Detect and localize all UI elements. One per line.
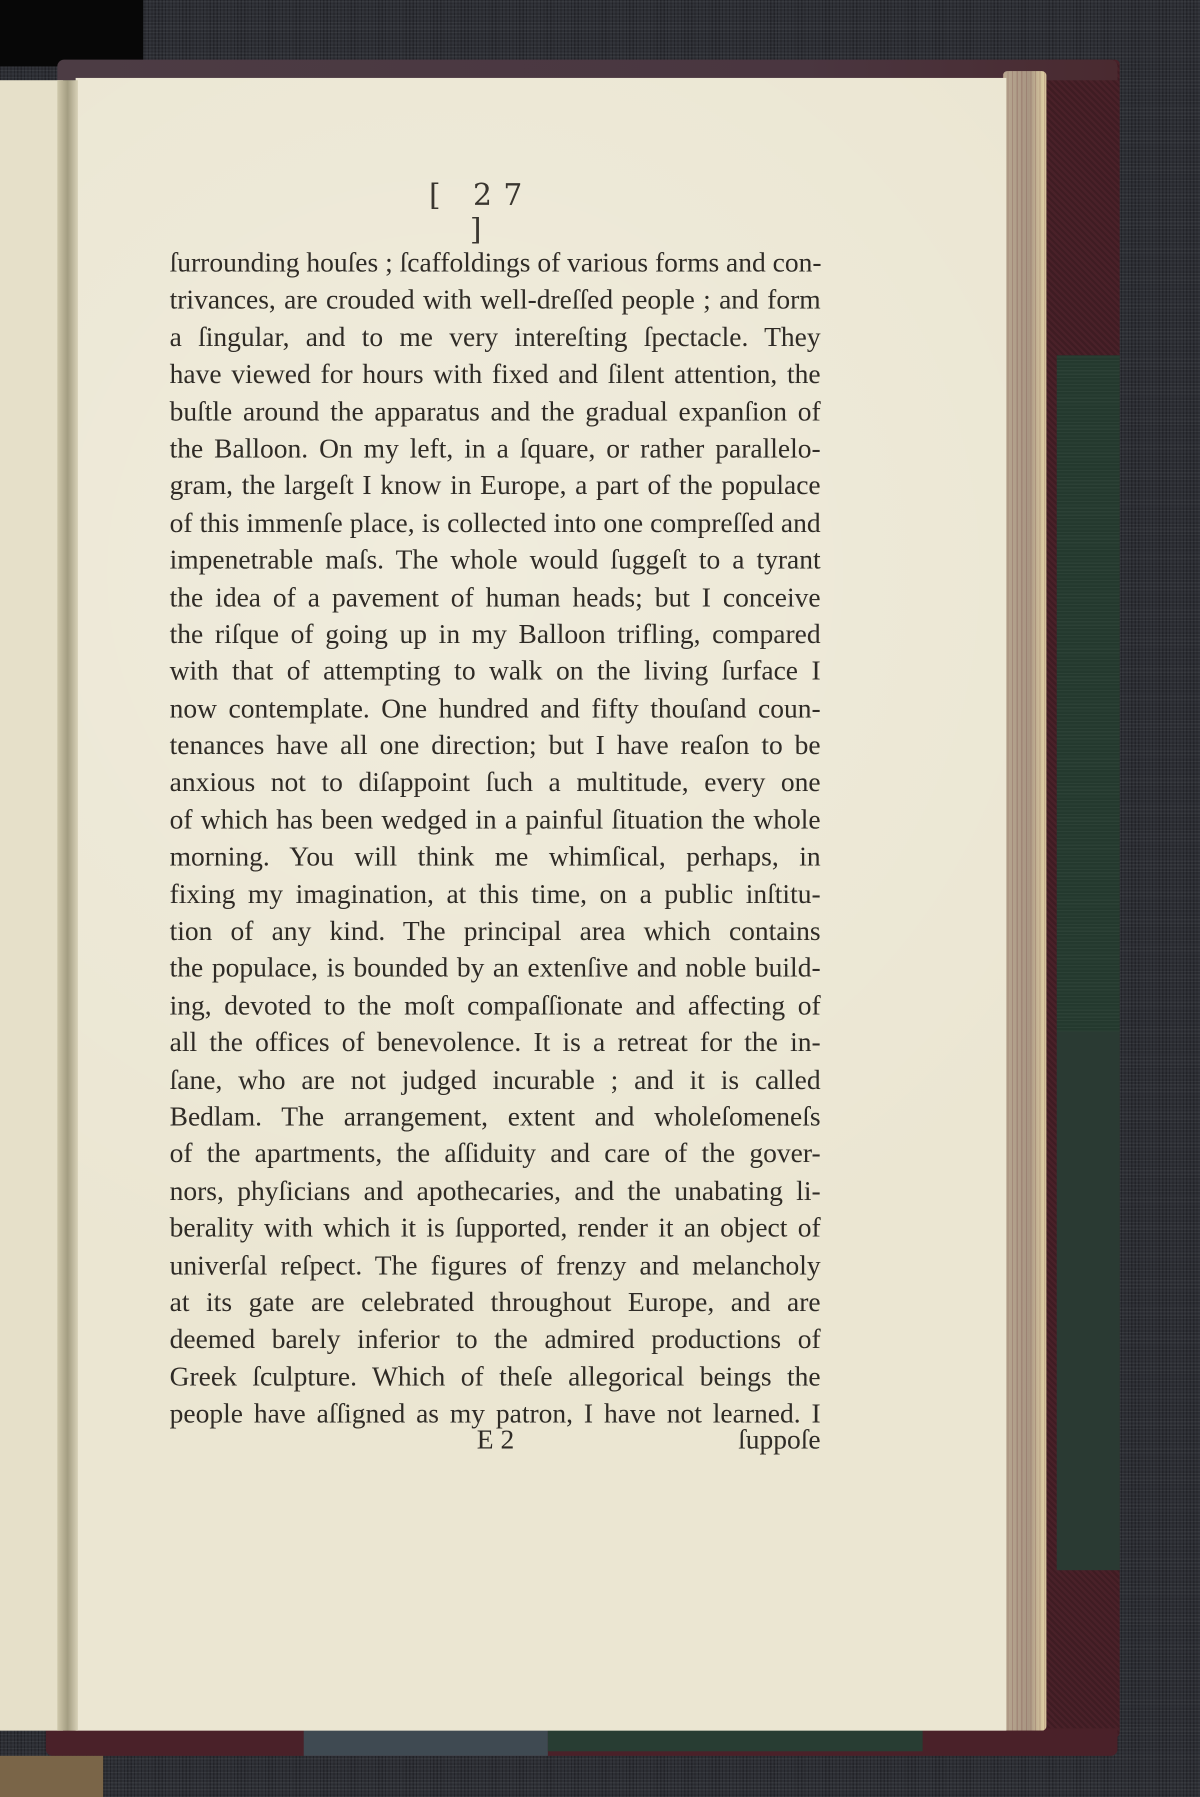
text-line: ſane, who are not judged incurable ; and…	[170, 1062, 821, 1099]
text-line: the populace, is bounded by an extenſive…	[170, 951, 821, 988]
text-line: all the offices of benevolence. It is a …	[170, 1025, 821, 1062]
text-line: Bedlam. The arrangement, extent and whol…	[170, 1099, 821, 1136]
catchword: ſuppoſe	[738, 1426, 821, 1457]
left-page	[0, 80, 63, 1730]
text-line: gram, the largeſt I know in Europe, a pa…	[170, 468, 821, 505]
text-line: the idea of a pavement of human heads; b…	[170, 579, 821, 616]
text-line: nors, phyſicians and apothecaries, and t…	[170, 1173, 821, 1210]
text-line: ſurrounding houſes ; ſcaffoldings of var…	[170, 245, 821, 282]
book-cover-green-label	[1057, 355, 1120, 1031]
text-line: of the apartments, the aſſiduity and car…	[170, 1136, 821, 1173]
text-line: deemed barely inferior to the admired pr…	[170, 1322, 821, 1359]
book-cover-bottom-gray	[304, 1728, 548, 1756]
text-line: fixing my imagination, at this time, on …	[170, 876, 821, 913]
text-line: a ſingular, and to me very intereſting ſ…	[170, 320, 821, 357]
text-line: Greek ſculpture. Which of theſe allegori…	[170, 1359, 821, 1396]
text-line: now contemplate. One hundred and fifty t…	[170, 691, 821, 728]
page-edges	[1003, 71, 1047, 1731]
black-backdrop	[0, 0, 143, 66]
text-line: the riſque of going up in my Balloon tri…	[170, 617, 821, 654]
text-line: anxious not to diſappoint ſuch a multitu…	[170, 765, 821, 802]
text-line: trivances, are crouded with well-dreſſed…	[170, 282, 821, 319]
book-cover-green-lower	[1057, 1032, 1120, 1571]
body-text: ſurrounding houſes ; ſcaffoldings of var…	[170, 245, 821, 1433]
book-gutter	[57, 80, 78, 1730]
text-line: morning. You will think me whimſical, pe…	[170, 839, 821, 876]
text-line: tion of any kind. The principal area whi…	[170, 914, 821, 951]
text-line: buſtle around the apparatus and the grad…	[170, 394, 821, 431]
text-line: of which has been wedged in a painful ſi…	[170, 802, 821, 839]
text-line: of this immenſe place, is collected into…	[170, 505, 821, 542]
text-line: the Balloon. On my left, in a ſquare, or…	[170, 431, 821, 468]
text-line: univerſal reſpect. The figures of frenzy…	[170, 1248, 821, 1285]
text-line: at its gate are celebrated throughout Eu…	[170, 1285, 821, 1322]
page-header: [ 27 ]	[413, 179, 551, 248]
page-footer: E 2 ſuppoſe	[170, 1426, 821, 1463]
text-line: have viewed for hours with fixed and ſil…	[170, 357, 821, 394]
text-line: ing, devoted to the moſt compaſſionate a…	[170, 988, 821, 1025]
signature-mark: E 2	[477, 1426, 514, 1457]
text-line: tenances have all one direction; but I h…	[170, 728, 821, 765]
book-scan: [ 27 ] ſurrounding houſes ; ſcaffoldings…	[0, 0, 1200, 1797]
tan-corner	[0, 1756, 103, 1797]
text-line: impenetrable maſs. The whole would ſugge…	[170, 542, 821, 579]
text-line: berality with which it is ſupported, ren…	[170, 1210, 821, 1247]
text-line: with that of attempting to walk on the l…	[170, 654, 821, 691]
book-cover-bottom-green	[548, 1728, 923, 1751]
